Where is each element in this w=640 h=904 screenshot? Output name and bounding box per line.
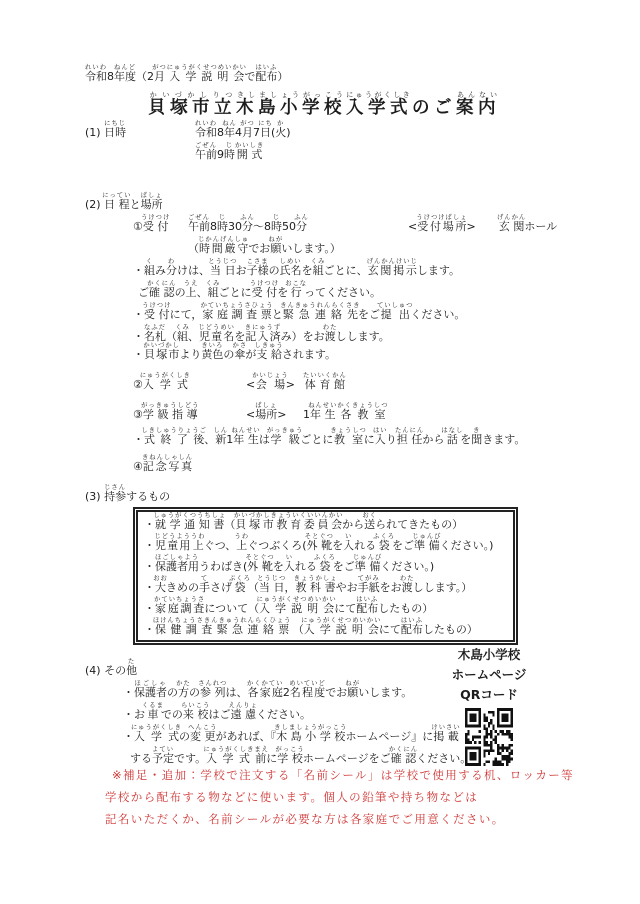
guidance-row: ③学級指導がっきゅうしどう<場所ばしょ>1年生ねんせい 各教室かくきょうしつ	[133, 402, 595, 424]
bring-item-family-survey: ・家庭調査かていちょうさについて（入学説明会にゅうがくせつめいかいにて配布はいふ…	[144, 596, 507, 617]
section1-heading: (1) 日時にちじ	[85, 120, 195, 146]
red-note-line-3: 記名いただくか、名前シールが必要な方は各家庭でご用意ください。	[105, 806, 595, 828]
section2-heading: (2) 日程にっていと場所ばしょ	[85, 192, 595, 214]
bring-item-health-survey: ・保健調査緊急連絡票ほけんちょうさきんきゅうれんらくひょう （入学説明会にゅうが…	[144, 617, 507, 638]
ceremony-date: 令和れいわ8年ねん4月がつ7日にち(火か)	[195, 126, 291, 139]
header-note: 令和れいわ8年度ねんど（2月がつ入学説明会にゅうがくせつめいかいで配布はいふ）	[85, 64, 595, 86]
qr-homepage-label: ホームページ	[436, 665, 542, 685]
ceremony-start-time: 午前ごぜん9時じ開式かいしき	[195, 142, 595, 164]
qr-school-name: 木島小学校	[436, 645, 542, 665]
page-title: 貝塚市立かいづかしりつ木島小学校きしましょうがっこう入学式にゅうがくしきのご案内…	[148, 86, 595, 119]
document-page: { "colors": { "red": "#cf3434", "text": …	[0, 0, 640, 904]
section1-row: (1) 日時にちじ令和れいわ8年ねん4月がつ7日にち(火か)	[85, 120, 595, 142]
ceremony-item-number: ②入学式にゅうがくしき	[133, 372, 246, 398]
qr-block: 木島小学校 ホームページ QRコード	[436, 645, 542, 766]
bring-item-child-shoes: ・児童用じどうよう上うわぐつ、上うわぐつぶくろ(外靴そとぐつを入いれる袋ふくろを…	[144, 533, 507, 554]
red-note-line-2: 学校から配布する物などに使います。個人の鉛筆や持ち物などは	[105, 784, 595, 806]
qr-code-image	[465, 708, 513, 766]
bring-item-large-bag: ・大おおきめの手てさげ袋ぶくろ（当日とうじつ，教科書きょうかしょやお手紙てがみを…	[144, 575, 507, 596]
reception-place-label: <受付場所うけつけばしょ>	[408, 214, 497, 240]
red-supplement-note: ※補足・追加：学校で注文する「名前シール」は学校で使用する机、ロッカー等 学校か…	[85, 762, 595, 828]
bring-items-box: ・就学通知書しゅうがくつうちしょ（貝塚市教育委員会かいづかしきょういくいいんかい…	[133, 507, 518, 645]
reception-row: ①受付うけつけ午前ごぜん8時じ30分ふん～8時じ50分ふん<受付場所うけつけばし…	[133, 214, 595, 236]
bullet-submit-forms: ・受付うけつけにて，家庭調査票かていちょうさひょうと緊急連絡先きんきゅうれんらく…	[133, 302, 595, 324]
guidance-note: ・式終了後しきしゅうりょうご、新しん1年生ねんせいは学級がっきゅうごとに教室きょ…	[133, 427, 595, 449]
guidance-place: 1年生ねんせい 各教室かくきょうしつ	[303, 408, 388, 421]
reception-place: 玄関げんかんホール	[497, 220, 557, 233]
guidance-place-label: <場所ばしょ>	[246, 402, 303, 428]
bullet-class-confirm: ご確認かくにんの上うえ、組くみごとに受付うけつけを行おこなってください。	[138, 280, 595, 302]
photo-item: ④記念写真きねんしゃしん	[133, 454, 595, 476]
bring-item-parent-slippers: ・保護者用ほごしゃよううわばき(外靴そとぐつを入いれる袋ふくろをご準備じゅんびく…	[144, 554, 507, 575]
ceremony-row: ②入学式にゅうがくしき<会場かいじょう>体育館たいいくかん	[133, 372, 595, 394]
section3-heading: (3) 持参じさんするもの	[85, 484, 595, 506]
ceremony-venue: 体育館たいいくかん	[303, 378, 347, 391]
ceremony-venue-label: <会場かいじょう>	[246, 372, 303, 398]
qr-code-label: QRコード	[436, 685, 542, 705]
bring-item-notice-letter: ・就学通知書しゅうがくつうちしょ（貝塚市教育委員会かいづかしきょういくいいんかい…	[144, 512, 507, 533]
guidance-item-number: ③学級指導がっきゅうしどう	[133, 402, 246, 428]
bullet-class-assignment: ・組くみ分わけは、当日とうじつお子様こさまの氏名しめいを組くみごとに、玄関掲示げ…	[133, 258, 595, 280]
reception-item-number: ①受付うけつけ	[133, 214, 188, 240]
